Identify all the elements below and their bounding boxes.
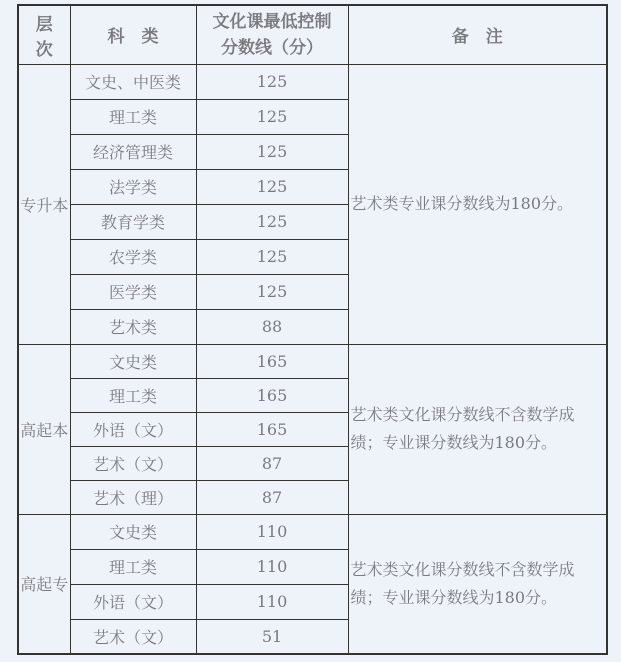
score-cell: 165 [196, 378, 348, 412]
score-cell: 110 [196, 584, 348, 619]
level-cell: 高起专 [18, 514, 70, 654]
score-cell: 125 [196, 134, 348, 169]
score-cell: 110 [196, 514, 348, 549]
header-level: 层 次 [18, 5, 70, 64]
header-row: 层 次 科 类 文化课最低控制 分数线（分） 备 注 [18, 5, 607, 64]
category-cell: 艺术（文） [70, 619, 196, 654]
level-cell: 专升本 [18, 64, 70, 344]
score-cell: 87 [196, 480, 348, 514]
header-score-line2: 分数线（分） [197, 35, 348, 61]
level-cell: 高起本 [18, 344, 70, 514]
header-score: 文化课最低控制 分数线（分） [196, 5, 348, 64]
category-cell: 外语（文） [70, 412, 196, 446]
score-cell: 125 [196, 274, 348, 309]
category-cell: 教育学类 [70, 204, 196, 239]
category-cell: 农学类 [70, 239, 196, 274]
category-cell: 理工类 [70, 549, 196, 584]
score-cell: 51 [196, 619, 348, 654]
table-row: 高起专 文史类 110 艺术类文化课分数线不含数学成绩；专业课分数线为180分。 [18, 514, 607, 549]
category-cell: 理工类 [70, 99, 196, 134]
remark-cell: 艺术类文化课分数线不含数学成绩；专业课分数线为180分。 [348, 344, 607, 514]
score-cell: 125 [196, 239, 348, 274]
score-cell: 110 [196, 549, 348, 584]
category-cell: 理工类 [70, 378, 196, 412]
score-cell: 165 [196, 412, 348, 446]
category-cell: 经济管理类 [70, 134, 196, 169]
category-cell: 文史类 [70, 344, 196, 378]
score-cell: 165 [196, 344, 348, 378]
category-cell: 艺术（文） [70, 446, 196, 480]
score-cell: 125 [196, 99, 348, 134]
category-cell: 艺术类 [70, 309, 196, 344]
page: 层 次 科 类 文化课最低控制 分数线（分） 备 注 专升本 文史、中医类 12… [0, 0, 621, 655]
score-cell: 88 [196, 309, 348, 344]
category-cell: 外语（文） [70, 584, 196, 619]
category-cell: 艺术（理） [70, 480, 196, 514]
remark-cell: 艺术类文化课分数线不含数学成绩；专业课分数线为180分。 [348, 514, 607, 654]
header-score-line1: 文化课最低控制 [197, 9, 348, 35]
score-cell: 87 [196, 446, 348, 480]
remark-cell: 艺术类专业课分数线为180分。 [348, 64, 607, 344]
header-remark: 备 注 [348, 5, 607, 64]
category-cell: 医学类 [70, 274, 196, 309]
score-cell: 125 [196, 204, 348, 239]
category-cell: 法学类 [70, 169, 196, 204]
score-cell: 125 [196, 64, 348, 99]
score-cell: 125 [196, 169, 348, 204]
header-category: 科 类 [70, 5, 196, 64]
table-row: 高起本 文史类 165 艺术类文化课分数线不含数学成绩；专业课分数线为180分。 [18, 344, 607, 378]
category-cell: 文史类 [70, 514, 196, 549]
table-row: 专升本 文史、中医类 125 艺术类专业课分数线为180分。 [18, 64, 607, 99]
score-table: 层 次 科 类 文化课最低控制 分数线（分） 备 注 专升本 文史、中医类 12… [17, 4, 608, 655]
category-cell: 文史、中医类 [70, 64, 196, 99]
